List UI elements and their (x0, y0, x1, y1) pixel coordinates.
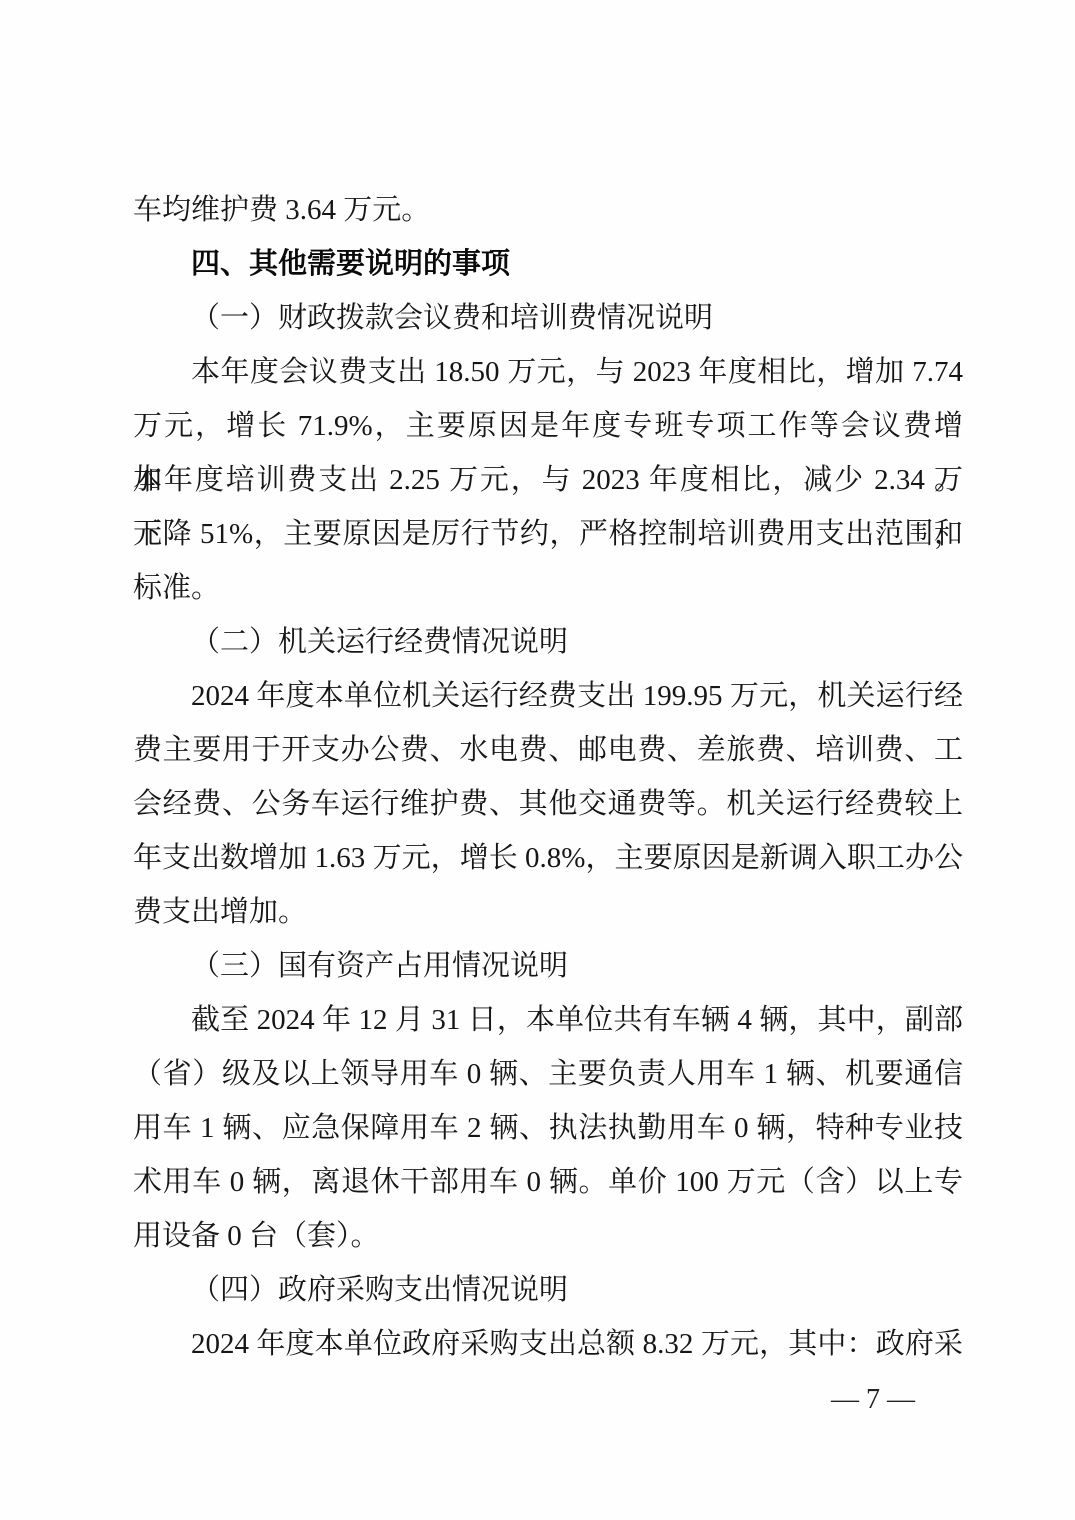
paragraph-line: 截至 2024 年 12 月 31 日，本单位共有车辆 4 辆，其中，副部 (133, 993, 963, 1047)
paragraph-line: 本年度会议费支出 18.50 万元，与 2023 年度相比，增加 7.74 (133, 345, 963, 399)
page-number: — 7 — (133, 1373, 963, 1427)
paragraph-line: 本年度培训费支出 2.25 万元，与 2023 年度相比，减少 2.34 万元， (133, 453, 963, 507)
paragraph-line: 费主要用于开支办公费、水电费、邮电费、差旅费、培训费、工 (133, 723, 963, 777)
paragraph-line: 会经费、公务车运行维护费、其他交通费等。机关运行经费较上 (133, 777, 963, 831)
paragraph-line: 年支出数增加 1.63 万元，增长 0.8%，主要原因是新调入职工办公 (133, 831, 963, 885)
subsection-heading-meeting-training-fees: （一）财政拨款会议费和培训费情况说明 (133, 291, 963, 345)
paragraph-line: 万元，增长 71.9%，主要原因是年度专班专项工作等会议费增加。 (133, 399, 963, 453)
paragraph-line: 2024 年度本单位政府采购支出总额 8.32 万元，其中：政府采 (133, 1317, 963, 1371)
paragraph-line: 用车 1 辆、应急保障用车 2 辆、执法执勤用车 0 辆，特种专业技 (133, 1101, 963, 1155)
document-body: 车均维护费 3.64 万元。 四、其他需要说明的事项 （一）财政拨款会议费和培训… (133, 183, 963, 1427)
paragraph-line: 2024 年度本单位机关运行经费支出 199.95 万元，机关运行经 (133, 669, 963, 723)
paragraph-line: 下降 51%，主要原因是厉行节约，严格控制培训费用支出范围和 (133, 507, 963, 561)
paragraph-end-line: 用设备 0 台（套）。 (133, 1209, 963, 1263)
document-page: 车均维护费 3.64 万元。 四、其他需要说明的事项 （一）财政拨款会议费和培训… (0, 0, 1075, 1520)
section-heading-other-matters: 四、其他需要说明的事项 (133, 237, 963, 291)
subsection-heading-operating-expenses: （二）机关运行经费情况说明 (133, 615, 963, 669)
subsection-heading-state-assets: （三）国有资产占用情况说明 (133, 939, 963, 993)
paragraph-end-line: 费支出增加。 (133, 885, 963, 939)
paragraph-line: （省）级及以上领导用车 0 辆、主要负责人用车 1 辆、机要通信 (133, 1047, 963, 1101)
paragraph-line: 术用车 0 辆，离退休干部用车 0 辆。单价 100 万元（含）以上专 (133, 1155, 963, 1209)
paragraph-continuation-line: 车均维护费 3.64 万元。 (133, 183, 963, 237)
paragraph-end-line: 标准。 (133, 561, 963, 615)
subsection-heading-government-procurement: （四）政府采购支出情况说明 (133, 1263, 963, 1317)
